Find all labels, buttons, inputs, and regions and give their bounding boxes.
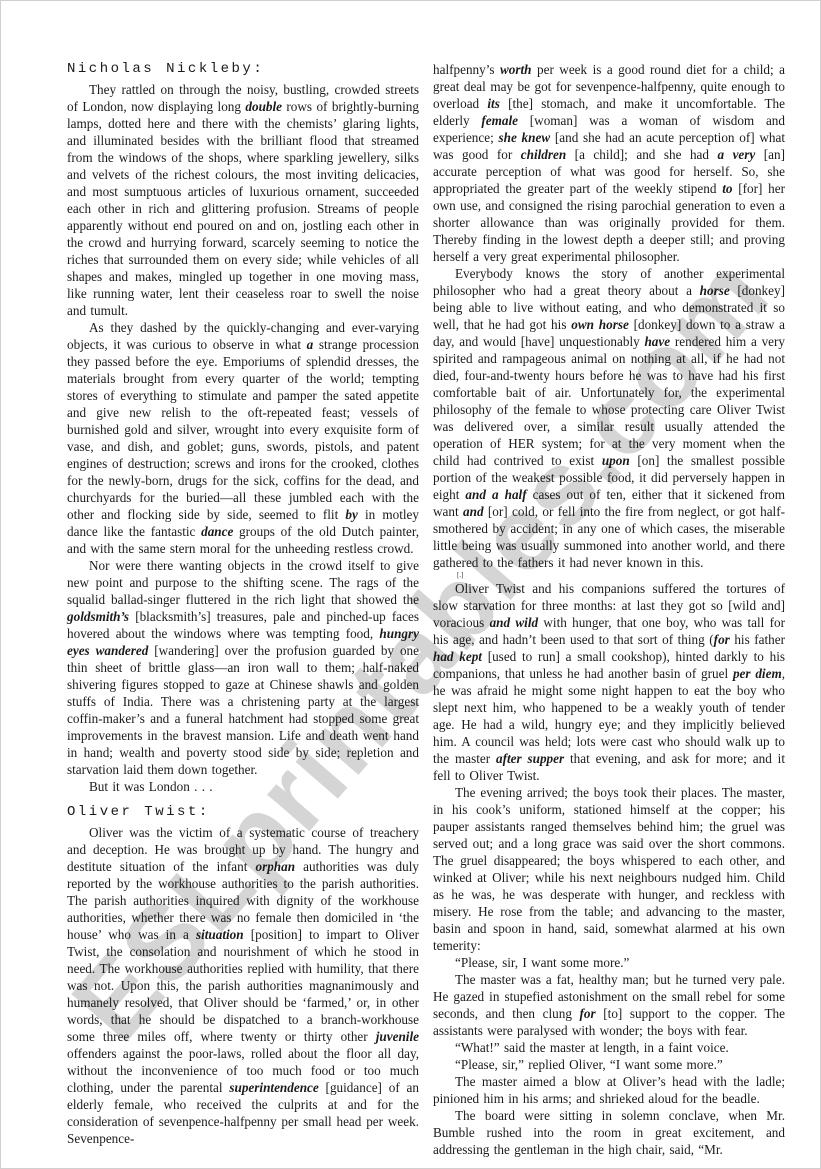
worksheet-page: ESLprintables.com Nicholas Nickleby:They… [0,0,821,1169]
right-column: halfpenny’s worth per week is a good rou… [433,61,785,1158]
paragraph: The board were sitting in solemn conclav… [433,1107,785,1158]
paragraph: Everybody knows the story of another exp… [433,265,785,571]
paragraph: Nor were there wanting objects in the cr… [67,557,419,778]
paragraph: Oliver Twist and his companions suffered… [433,580,785,784]
paragraph: The evening arrived; the boys took their… [433,784,785,954]
paragraph: They rattled on through the noisy, bustl… [67,81,419,319]
section-heading: Nicholas Nickleby: [67,61,419,78]
section-heading: Oliver Twist: [67,804,419,821]
tiny-separator-mark: [.] [457,571,785,580]
paragraph: halfpenny’s worth per week is a good rou… [433,61,785,265]
paragraph: “What!” said the master at length, in a … [433,1039,785,1056]
paragraph: The master aimed a blow at Oliver’s head… [433,1073,785,1107]
paragraph: Oliver was the victim of a systematic co… [67,824,419,1147]
paragraph: “Please, sir, I want some more.” [433,954,785,971]
paragraph: But it was London . . . [67,778,419,795]
text-columns: Nicholas Nickleby:They rattled on throug… [67,61,785,1158]
paragraph: “Please, sir,” replied Oliver, “I want s… [433,1056,785,1073]
left-column: Nicholas Nickleby:They rattled on throug… [67,61,419,1158]
paragraph: As they dashed by the quickly-changing a… [67,319,419,557]
paragraph: The master was a fat, healthy man; but h… [433,971,785,1039]
